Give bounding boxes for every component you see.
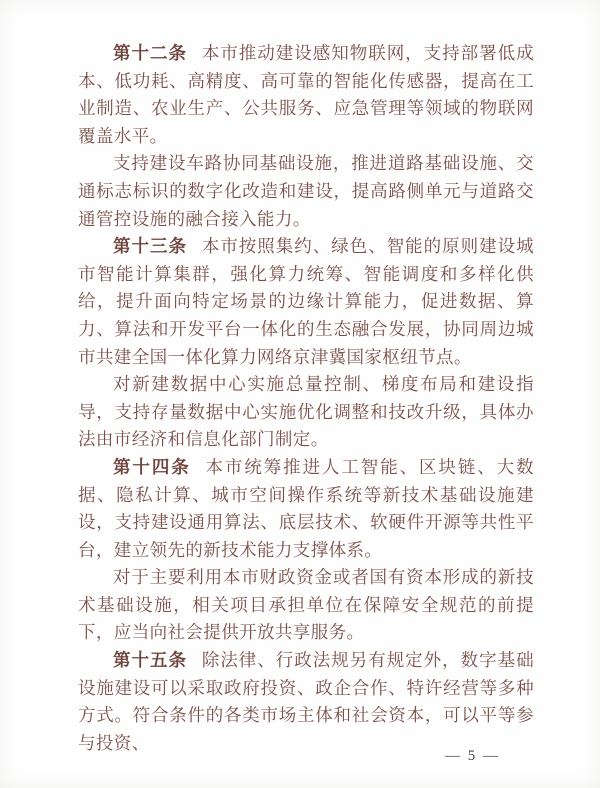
paragraph-article-14-cont: 对于主要利用本市财政资金或者国有资本形成的新技术基础设施，相关项目承担单位在保障… <box>78 564 534 647</box>
article-12-label: 第十二条 <box>113 43 187 63</box>
article-15-label: 第十五条 <box>113 650 187 670</box>
document-text-block: 第十二条本市推动建设感知物联网，支持部署低成本、低功耗、高精度、高可靠的智能化传… <box>78 40 534 757</box>
paragraph-article-14: 第十四条本市统筹推进人工智能、区块链、大数据、隐私计算、城市空间操作系统等新技术… <box>78 454 534 564</box>
paragraph-6-text: 对于主要利用本市财政资金或者国有资本形成的新技术基础设施，相关项目承担单位在保障… <box>78 567 534 642</box>
paragraph-article-12-cont: 支持建设车路协同基础设施，推进道路基础设施、交通标志标识的数字化改造和建设，提高… <box>78 150 534 233</box>
page-number: — 5 — <box>445 748 500 765</box>
document-page: 第十二条本市推动建设感知物联网，支持部署低成本、低功耗、高精度、高可靠的智能化传… <box>0 0 600 788</box>
paragraph-article-15: 第十五条除法律、行政法规另有规定外，数字基础设施建设可以采取政府投资、政企合作、… <box>78 647 534 757</box>
paragraph-article-12: 第十二条本市推动建设感知物联网，支持部署低成本、低功耗、高精度、高可靠的智能化传… <box>78 40 534 150</box>
paragraph-article-13-cont: 对新建数据中心实施总量控制、梯度布局和建设指导，支持存量数据中心实施优化调整和技… <box>78 371 534 454</box>
paragraph-2-text: 支持建设车路协同基础设施，推进道路基础设施、交通标志标识的数字化改造和建设，提高… <box>78 153 534 228</box>
article-13-label: 第十三条 <box>113 236 187 256</box>
paragraph-4-text: 对新建数据中心实施总量控制、梯度布局和建设指导，支持存量数据中心实施优化调整和技… <box>78 374 534 449</box>
paragraph-article-13: 第十三条本市按照集约、绿色、智能的原则建设城市智能计算集群，强化算力统筹、智能调… <box>78 233 534 371</box>
article-14-label: 第十四条 <box>113 457 191 477</box>
